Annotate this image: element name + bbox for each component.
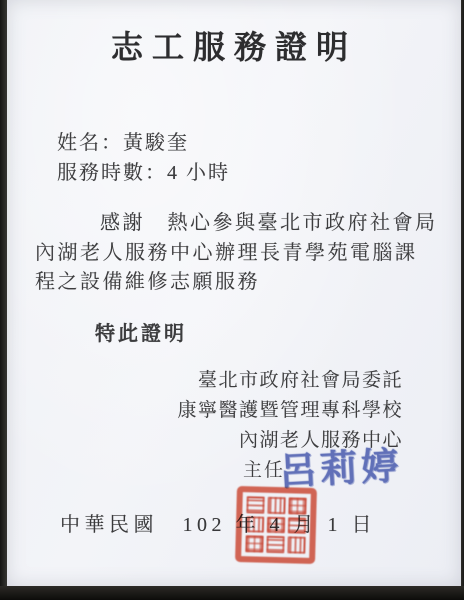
service-hours-value: 4 小時 (167, 162, 230, 184)
seal-mark (266, 536, 284, 553)
date-line: 中華民國 102 年 4 月 1 日 (60, 508, 376, 537)
issuer-line-2: 康寧醫護暨管理專科學校 (7, 396, 403, 426)
seal-mark (245, 536, 263, 553)
seal-mark (267, 516, 285, 533)
certificate-title: 志工服務證明 (7, 22, 461, 68)
seal-mark (267, 497, 285, 514)
official-seal-stamp (235, 486, 317, 564)
certificate-paper: 志工服務證明 姓名：黃駿奎 服務時數：4 小時 感謝 熱心參與臺北市政府社會局 … (7, 0, 461, 586)
seal-mark (246, 496, 264, 513)
service-hours-row: 服務時數：4 小時 (57, 156, 230, 185)
body-line-2: 內湖老人服務中心辦理長青學苑電腦課 (35, 236, 418, 265)
seal-mark (288, 517, 306, 534)
seal-mark (246, 516, 264, 533)
body-line-1: 感謝 熱心參與臺北市政府社會局 (100, 206, 438, 235)
seal-mark (288, 497, 306, 514)
signature-handwritten: 呂莉婷 (278, 435, 404, 495)
body-line-3: 程之設備維修志願服務 (35, 265, 260, 294)
name-value: 黃駿奎 (123, 132, 189, 154)
scan-edge-bottom (0, 586, 464, 600)
issuer-line-1: 臺北市政府社會局委託 (7, 366, 403, 396)
seal-mark (287, 537, 305, 554)
name-label: 姓名： (57, 132, 123, 154)
scanned-certificate: 志工服務證明 姓名：黃駿奎 服務時數：4 小時 感謝 熱心參與臺北市政府社會局 … (0, 0, 464, 600)
certify-statement: 特此證明 (95, 317, 187, 346)
service-hours-label: 服務時數： (57, 162, 167, 184)
name-row: 姓名：黃駿奎 (57, 126, 189, 155)
